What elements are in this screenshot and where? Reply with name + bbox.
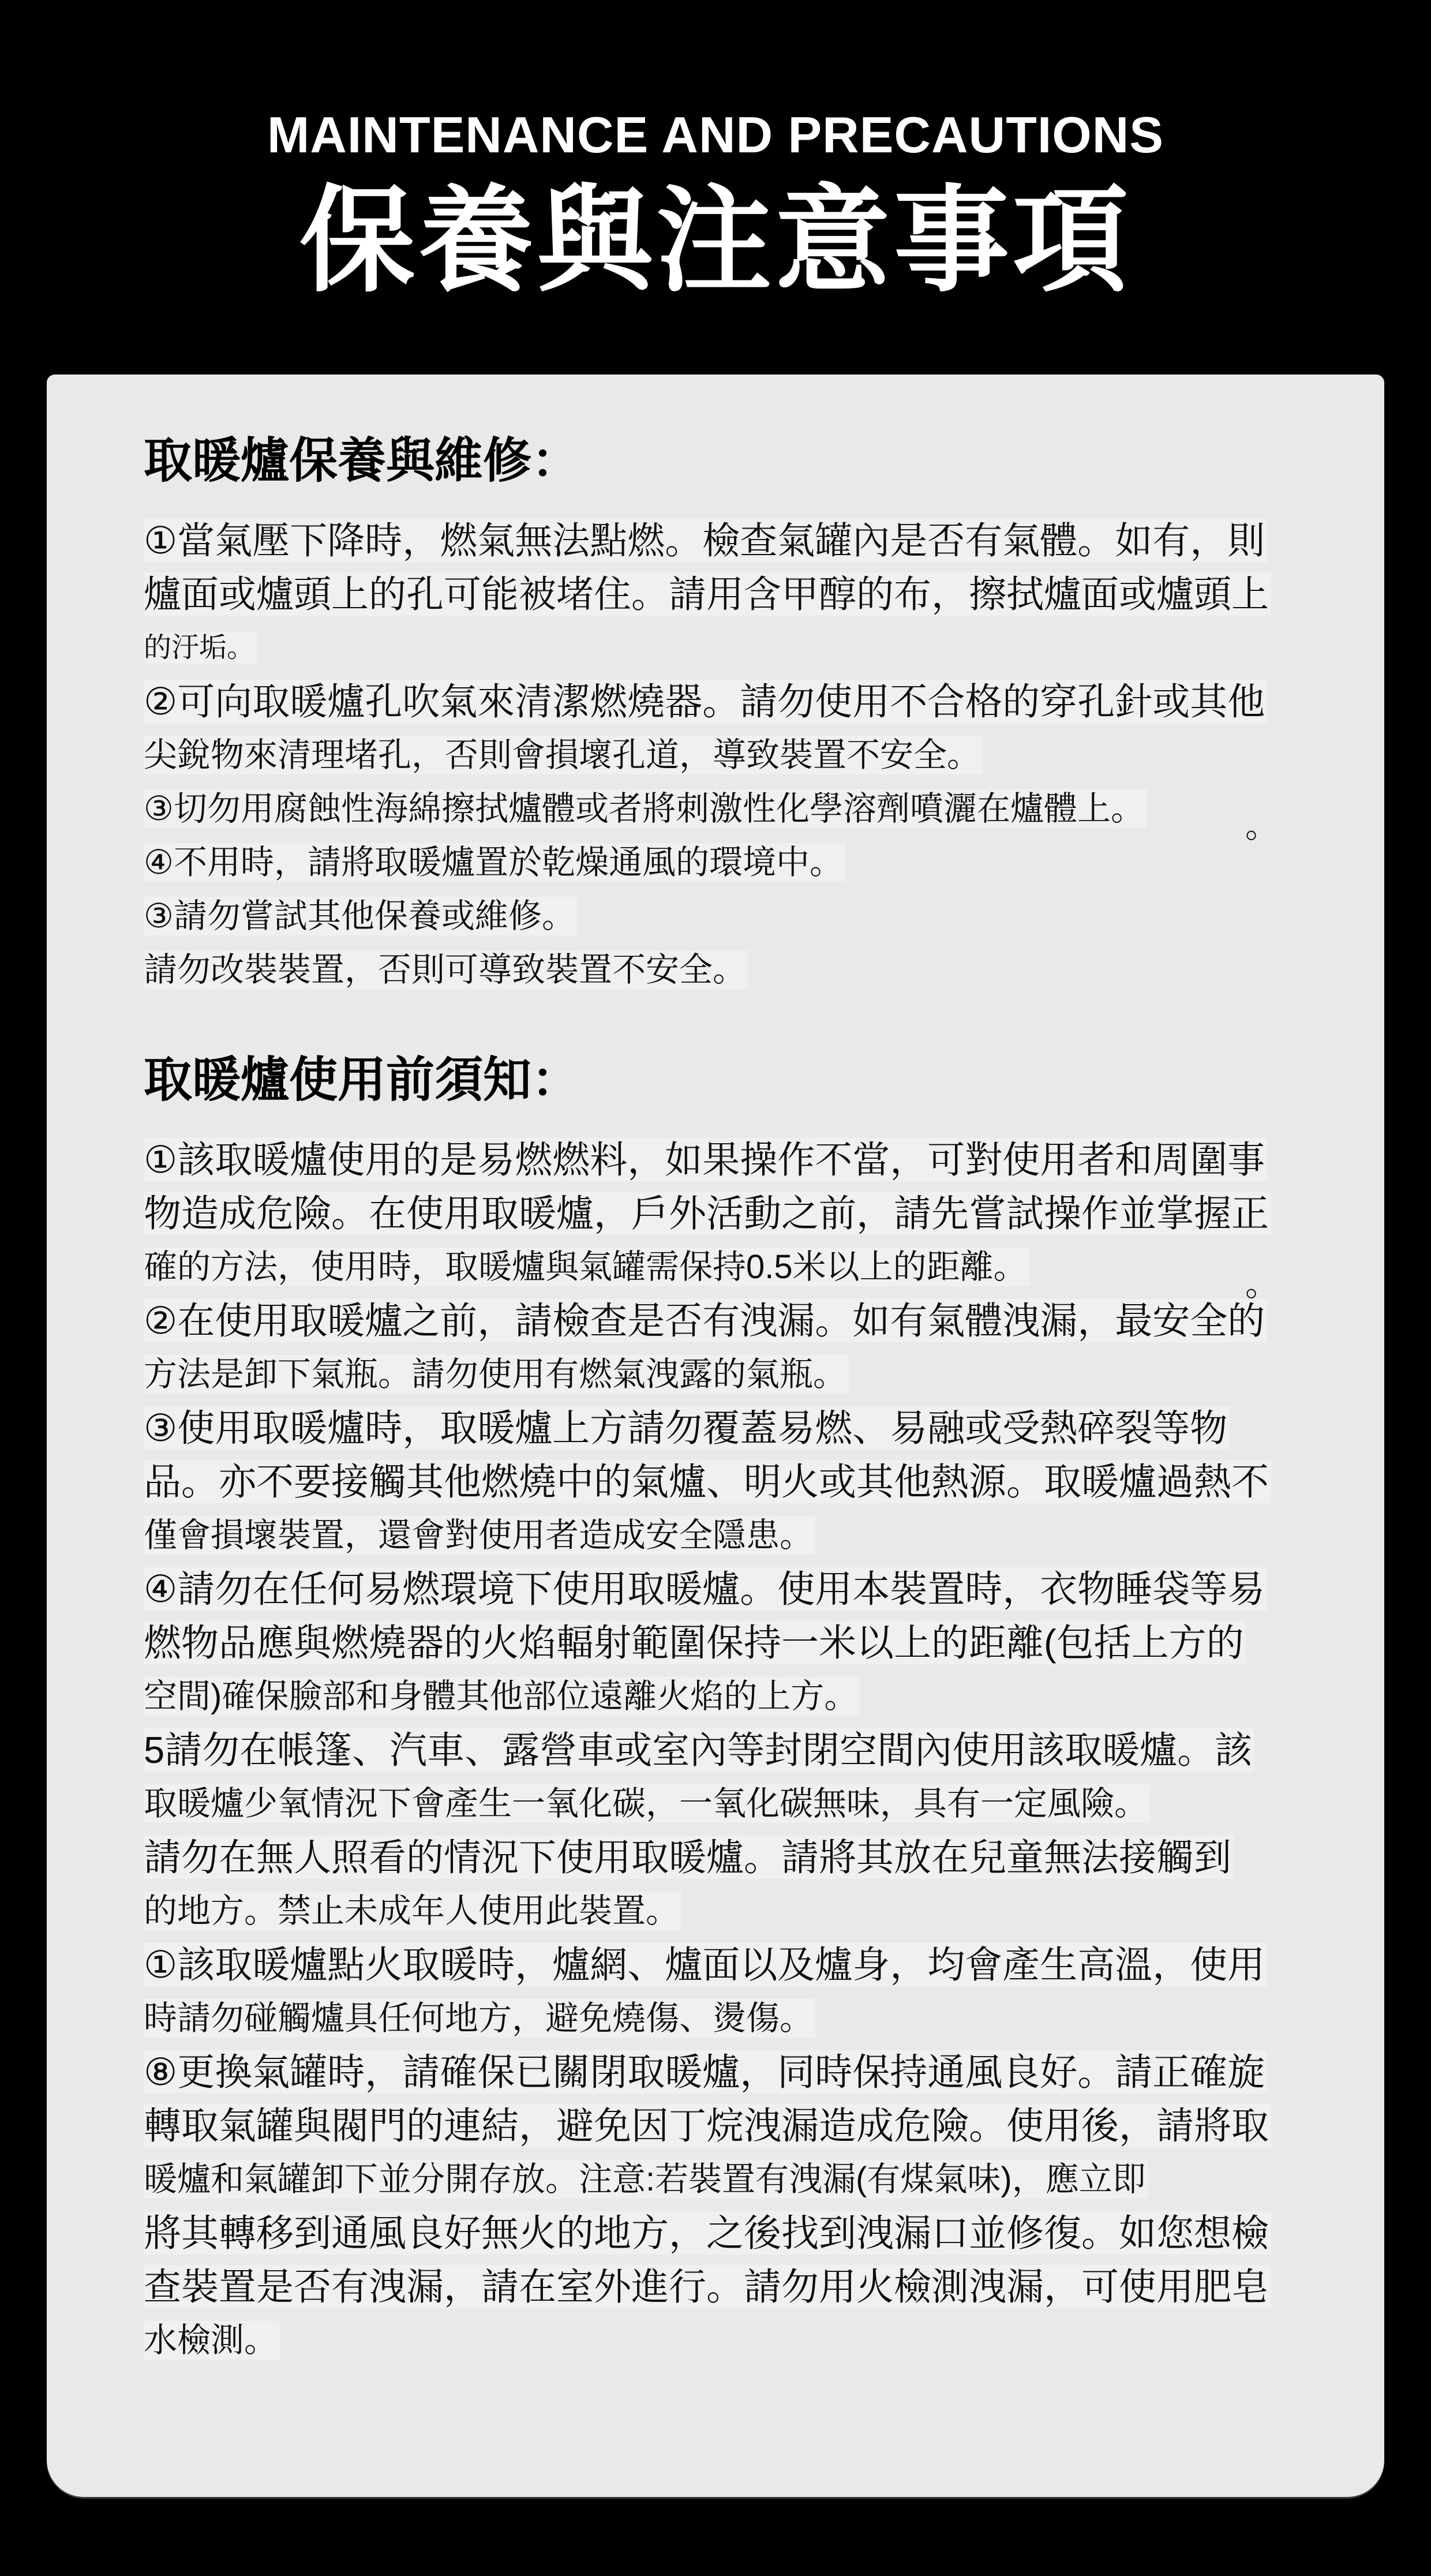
page-title-english: MAINTENANCE AND PRECAUTIONS	[0, 0, 1431, 163]
text-line: 水檢測。	[144, 2313, 1290, 2367]
content-panel: 取暖爐保養與維修： ①當氣壓下降時，燃氣無法點燃。檢查氣罐內是否有氣體。如有，則…	[47, 375, 1384, 2497]
line-text: 燃物品應與燃燒器的火焰輻射範圍保持一米以上的距離(包括上方的	[144, 1621, 1246, 1664]
line-text: 請勿改裝裝置，否則可導致裝置不安全。	[144, 950, 748, 989]
text-line: ②在使用取暖爐之前，請檢查是否有洩漏。如有氣體洩漏，最安全的	[144, 1294, 1290, 1347]
line-text: 的汙垢。	[144, 632, 257, 664]
line-text: 查裝置是否有洩漏，請在室外進行。請勿用火檢測洩漏，可使用肥皂	[144, 2265, 1271, 2308]
text-line: 5請勿在帳篷、汽車、露營車或室內等封閉空間內使用該取暖爐。該	[144, 1723, 1290, 1777]
text-line: ⑧更換氣罐時，請確保已關閉取暖爐，同時保持通風良好。請正確旋	[144, 2045, 1290, 2099]
text-line: ①該取暖爐點火取暖時，爐網、爐面以及爐身，均會產生高溫，使用	[144, 1938, 1290, 1991]
text-line: ①該取暖爐使用的是易燃燃料，如果操作不當，可對使用者和周圍事	[144, 1133, 1290, 1186]
page: { "colors": { "background": "#000000", "…	[0, 0, 1431, 2576]
text-line: 方法是卸下氣瓶。請勿使用有燃氣洩露的氣瓶。	[144, 1347, 1290, 1401]
line-text: 暖爐和氣罐卸下並分開存放。注意:若裝置有洩漏(有煤氣味)，應立即	[144, 2160, 1148, 2199]
line-text: ④請勿在任何易燃環境下使用取暖爐。使用本裝置時，衣物睡袋等易	[144, 1567, 1267, 1611]
text-line: 轉取氣罐與閥門的連結，避免因丁烷洩漏造成危險。使用後，請將取	[144, 2099, 1290, 2152]
text-line: ④請勿在任何易燃環境下使用取暖爐。使用本裝置時，衣物睡袋等易	[144, 1562, 1290, 1616]
line-text: 尖銳物來清理堵孔，否則會損壞孔道，導致裝置不安全。	[144, 736, 983, 774]
text-line: ③切勿用腐蝕性海綿擦拭爐體或者將刺激性化學溶劑噴灑在爐體上。。	[144, 782, 1290, 836]
line-text: 請勿在無人照看的情況下使用取暖爐。請將其放在兒童無法接觸到	[144, 1836, 1234, 1879]
text-line: ①當氣壓下降時，燃氣無法點燃。檢查氣罐內是否有氣體。如有，則	[144, 514, 1290, 567]
section-heading: 取暖爐保養與維修：	[144, 435, 1290, 486]
text-line: 品。亦不要接觸其他燃燒中的氣爐、明火或其他熱源。取暖爐過熱不	[144, 1455, 1290, 1508]
text-line: 物造成危險。在使用取暖爐，戶外活動之前，請先嘗試操作並掌握正	[144, 1186, 1290, 1240]
text-line: 的地方。禁止未成年人使用此裝置。	[144, 1884, 1290, 1938]
line-text: ⑧更換氣罐時，請確保已關閉取暖爐，同時保持通風良好。請正確旋	[144, 2050, 1267, 2094]
section-usage-notes: 取暖爐使用前須知： ①該取暖爐使用的是易燃燃料，如果操作不當，可對使用者和周圍事…	[144, 1054, 1290, 2367]
line-text: 確的方法，使用時，取暖爐與氣罐需保持0.5米以上的距離。	[144, 1248, 1029, 1286]
line-text: ③使用取暖爐時，取暖爐上方請勿覆蓋易燃、易融或受熱碎裂等物	[144, 1406, 1230, 1450]
text-line: 爐面或爐頭上的孔可能被堵住。請用含甲醇的布，擦拭爐面或爐頭上	[144, 567, 1290, 621]
line-text: 物造成危險。在使用取暖爐，戶外活動之前，請先嘗試操作並掌握正	[144, 1192, 1271, 1235]
text-line: 取暖爐少氧情況下會產生一氧化碳，一氧化碳無味，具有一定風險。	[144, 1777, 1290, 1830]
line-text: 將其轉移到通風良好無火的地方，之後找到洩漏口並修復。如您想檢	[144, 2211, 1271, 2255]
text-line: 將其轉移到通風良好無火的地方，之後找到洩漏口並修復。如您想檢	[144, 2206, 1290, 2260]
line-text: 方法是卸下氣瓶。請勿使用有燃氣洩露的氣瓶。	[144, 1355, 849, 1394]
line-text: ①當氣壓下降時，燃氣無法點燃。檢查氣罐內是否有氣體。如有，則	[144, 519, 1267, 562]
text-line: ③請勿嘗試其他保養或維修。	[144, 889, 1290, 943]
text-line: 確的方法，使用時，取暖爐與氣罐需保持0.5米以上的距離。。	[144, 1240, 1290, 1294]
header: MAINTENANCE AND PRECAUTIONS 保養與注意事項	[0, 0, 1431, 302]
line-text: 空間)確保臉部和身體其他部位遠離火焰的上方。	[144, 1677, 860, 1716]
line-text: 取暖爐少氧情況下會產生一氧化碳，一氧化碳無味，具有一定風險。	[144, 1784, 1150, 1823]
text-line: 請勿在無人照看的情況下使用取暖爐。請將其放在兒童無法接觸到	[144, 1830, 1290, 1884]
text-line: ③使用取暖爐時，取暖爐上方請勿覆蓋易燃、易融或受熱碎裂等物	[144, 1401, 1290, 1455]
line-text: 轉取氣罐與閥門的連結，避免因丁烷洩漏造成危險。使用後，請將取	[144, 2104, 1271, 2147]
line-text: 僅會損壞裝置，還會對使用者造成安全隱患。	[144, 1516, 815, 1555]
line-text: ②在使用取暖爐之前，請檢查是否有洩漏。如有氣體洩漏，最安全的	[144, 1299, 1267, 1342]
text-line: 空間)確保臉部和身體其他部位遠離火焰的上方。	[144, 1669, 1290, 1723]
line-text: 5請勿在帳篷、汽車、露營車或室內等封閉空間內使用該取暖爐。該	[144, 1728, 1254, 1772]
line-text: ④不用時，請將取暖爐置於乾燥通風的環境中。	[144, 843, 845, 882]
section-heading: 取暖爐使用前須知：	[144, 1054, 1290, 1105]
text-line: 暖爐和氣罐卸下並分開存放。注意:若裝置有洩漏(有煤氣味)，應立即	[144, 2152, 1290, 2206]
line-text: 時請勿碰觸爐具任何地方，避免燒傷、燙傷。	[144, 1999, 815, 2038]
text-line: 燃物品應與燃燒器的火焰輻射範圍保持一米以上的距離(包括上方的	[144, 1616, 1290, 1669]
page-title-chinese: 保養與注意事項	[0, 181, 1431, 302]
text-line: 尖銳物來清理堵孔，否則會損壞孔道，導致裝置不安全。	[144, 728, 1290, 782]
text-line: 查裝置是否有洩漏，請在室外進行。請勿用火檢測洩漏，可使用肥皂	[144, 2260, 1290, 2313]
line-text: ③切勿用腐蝕性海綿擦拭爐體或者將刺激性化學溶劑噴灑在爐體上。	[144, 789, 1147, 828]
text-line: ②可向取暖爐孔吹氣來清潔燃燒器。請勿使用不合格的穿孔針或其他	[144, 675, 1290, 728]
text-line: 僅會損壞裝置，還會對使用者造成安全隱患。	[144, 1508, 1290, 1562]
text-line: 請勿改裝裝置，否則可導致裝置不安全。	[144, 943, 1290, 997]
text-line: ④不用時，請將取暖爐置於乾燥通風的環境中。	[144, 836, 1290, 889]
section-maintenance: 取暖爐保養與維修： ①當氣壓下降時，燃氣無法點燃。檢查氣罐內是否有氣體。如有，則…	[144, 435, 1290, 997]
line-text: ②可向取暖爐孔吹氣來清潔燃燒器。請勿使用不合格的穿孔針或其他	[144, 680, 1267, 723]
line-text: 的地方。禁止未成年人使用此裝置。	[144, 1892, 681, 1930]
line-text: ③請勿嘗試其他保養或維修。	[144, 897, 578, 935]
line-text: 水檢測。	[144, 2321, 280, 2360]
text-line: 的汙垢。	[144, 621, 1290, 675]
line-text: ①該取暖爐使用的是易燃燃料，如果操作不當，可對使用者和周圍事	[144, 1138, 1267, 1181]
line-text: ①該取暖爐點火取暖時，爐網、爐面以及爐身，均會產生高溫，使用	[144, 1943, 1267, 1986]
line-text: 品。亦不要接觸其他燃燒中的氣爐、明火或其他熱源。取暖爐過熱不	[144, 1460, 1271, 1503]
line-text: 爐面或爐頭上的孔可能被堵住。請用含甲醇的布，擦拭爐面或爐頭上	[144, 572, 1271, 616]
text-line: 時請勿碰觸爐具任何地方，避免燒傷、燙傷。	[144, 1991, 1290, 2045]
